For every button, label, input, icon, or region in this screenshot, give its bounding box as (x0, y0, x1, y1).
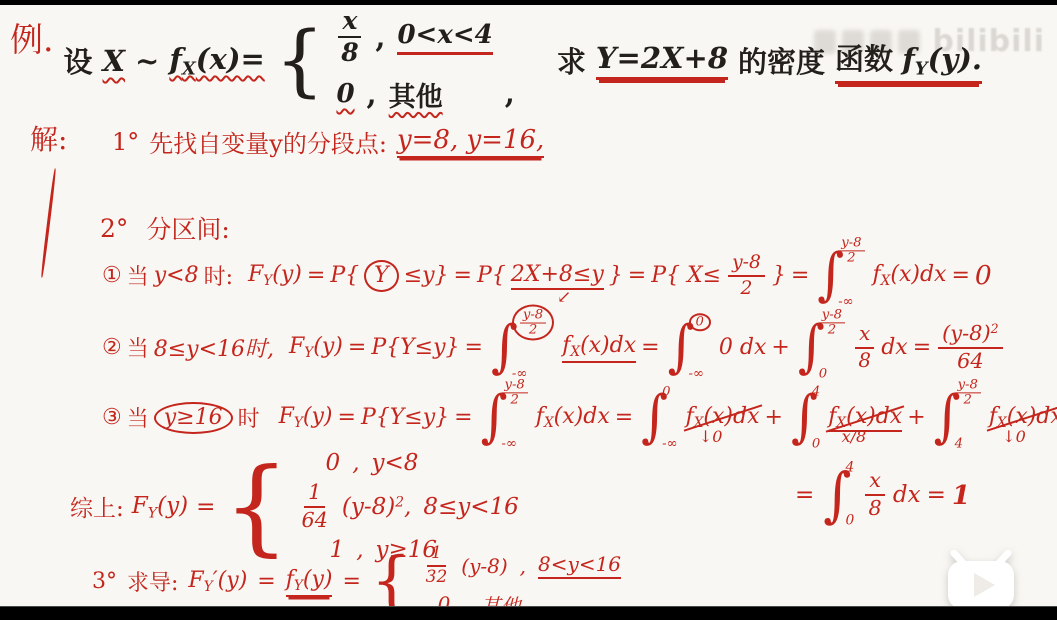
cdf-lhs: FY(y) (248, 262, 302, 289)
prob-close: } (772, 263, 786, 288)
integral: ∫ 4 0 (791, 392, 820, 444)
case-1-line: ① 当 y<8 时: FY(y) = P{ Y ≤y} = P{ 2X+8≤y … (102, 250, 992, 302)
step-2-text: 分区间: (146, 210, 229, 246)
upper-limit: 4 (845, 461, 854, 475)
integrand: fX(x)dx (873, 262, 947, 289)
case-2-line: ② 当 8≤y<16时, FY(y) = P{Y≤y} = ∫ y-8 2 ↙ … (102, 322, 1005, 374)
integrand: 0 dx (719, 335, 766, 360)
upper-limit: y-8 2 (502, 378, 528, 406)
lower-limit: -∞ (689, 367, 711, 380)
equals: = (454, 263, 472, 288)
cdf-row-1: 0 , y<8 (300, 450, 519, 476)
comma: , (375, 20, 385, 54)
problem-statement: 例. 设 X ~ fX(x)= { x 8 , 0<x<4 0 , 其他 , 求… (10, 8, 982, 114)
cdf-lhs: FY(y) (289, 334, 343, 361)
bilibili-play-icon (945, 550, 1017, 610)
prob-close: ≤y} (404, 263, 449, 288)
solve-label: 解: (30, 118, 67, 158)
case-2-condition: 8≤y<16时, (154, 332, 274, 363)
video-frame: bilibili 例. 设 X ~ fX(x)= { x 8 , 0<x<4 0… (0, 0, 1057, 620)
fraction-x-over-8: x 8 (855, 324, 874, 372)
case-1-condition: y<8 (154, 263, 199, 288)
fraction-1-over-32: 1 32 (426, 545, 448, 587)
integral: ∫ y-8 2 -∞ (481, 392, 528, 444)
annotated-integrand: fX(x)dx ↓0 (989, 404, 1057, 431)
letterbox-bottom (0, 606, 1057, 620)
integral: ∫ 4 0 (823, 468, 854, 522)
equals: = (628, 263, 646, 288)
zero-value: 0 (336, 79, 354, 109)
integrand: fX(x)dx (562, 333, 636, 363)
integrand: fX(x)dx (536, 404, 610, 431)
circled-condition: y≥16 (154, 402, 233, 434)
upper-limit: y-8 2 (955, 378, 981, 406)
step-3-number: 3° (92, 569, 117, 594)
equals: = (338, 405, 356, 430)
evaluates-to-zero-note: ↓0 (699, 427, 723, 446)
condition-0x4: 0<x<4 (397, 20, 492, 55)
step-1-text: 先找自变量y的分段点: (149, 124, 387, 159)
plus: + (907, 405, 925, 430)
annotated-integrand: fX(x)dx ↓0 (686, 404, 760, 431)
prob-event: P{Y≤y} (371, 335, 459, 360)
dx: dx (881, 335, 908, 360)
piecewise-row-2: 0 , 其他 (336, 75, 492, 114)
pdf-row-1: 1 32 (y-8) , 8<y<16 (424, 545, 621, 587)
case-3-line: ③ 当 y≥16 时 FY(y) = P{Y≤y} = ∫ y-8 2 -∞ f… (102, 392, 1057, 444)
integral: ∫ y-8 2 0 (798, 322, 845, 374)
prob-close: } (609, 263, 623, 288)
solve-brush-tail (40, 168, 56, 278)
summary-label: 综上: (70, 490, 124, 523)
prob-open: P{ (330, 263, 359, 288)
dx: dx (893, 482, 921, 508)
step-2-number: 2° (100, 214, 128, 243)
step-3-label: 求导: (127, 566, 178, 597)
fraction-y8-over-2: y-8 2 (728, 253, 765, 298)
prob-open: P{ X≤ (651, 263, 721, 288)
case-1-number: ① (102, 263, 122, 288)
integral: ∫ 0 -∞ (641, 392, 677, 444)
when-word: 当 (127, 332, 149, 363)
equals: = (641, 335, 659, 360)
open-brace: { (371, 553, 412, 611)
lower-limit: -∞ (662, 437, 677, 450)
letterbox-top (0, 0, 1057, 5)
prob-open: P{ (477, 263, 506, 288)
fraction-x-over-8: x 8 (865, 470, 885, 519)
equals: = (342, 569, 360, 594)
breakpoints: y=8, y=16, (397, 125, 544, 158)
circled-Y: Y (364, 260, 399, 292)
equals: = (791, 263, 809, 288)
piecewise-row-1: x 8 , 0<x<4 (336, 8, 492, 67)
find-word: 求 (557, 40, 586, 81)
integral: ∫ y-8 2 4 (934, 392, 981, 444)
case-2-number: ② (102, 335, 122, 360)
lower-limit: 4 (955, 437, 981, 450)
condition-otherwise: 其他 (389, 75, 443, 114)
equals: = (196, 494, 215, 520)
equals: = (307, 263, 325, 288)
case-1-result: 0 (975, 260, 992, 291)
equals: = (927, 482, 946, 508)
lower-limit: -∞ (502, 437, 528, 450)
lower-limit: 0 (845, 515, 854, 529)
case-3-number: ③ (102, 405, 122, 430)
transform-y-expression: Y=2X+8 (596, 41, 728, 80)
given-word: 设 (64, 40, 93, 81)
density-function-target: 函数 fY(y). (835, 37, 982, 84)
fraction-1-over-64: 1 64 (302, 482, 328, 531)
lower-limit: -∞ (838, 295, 864, 308)
equals: = (454, 405, 472, 430)
when-word: 当 (127, 260, 149, 291)
example-label: 例. (10, 14, 54, 61)
prob-event: P{Y≤y} (361, 405, 449, 430)
upper-limit: y-8 2 (838, 236, 864, 264)
upper-limit: 4 (812, 386, 820, 399)
random-variable-x: X (103, 44, 126, 78)
equals: = (257, 569, 275, 594)
time-word: 时: (204, 260, 233, 291)
substitute-x8-note: x/8 (842, 427, 867, 446)
cdf-lhs: FY(y) (279, 404, 333, 431)
upper-limit: y-8 2 (819, 308, 845, 336)
fraction-x-over-8: x 8 (338, 8, 361, 67)
equals: = (795, 482, 814, 508)
integral: ∫ y-8 2 ↙ -∞ (491, 322, 554, 374)
integral: ∫ y-8 2 -∞ (817, 250, 864, 302)
cdf-derivative: FY′(y) (188, 568, 247, 595)
integral: ∫ 0 -∞ (668, 322, 711, 374)
plus: + (771, 335, 789, 360)
equals: = (348, 335, 366, 360)
equals: = (951, 263, 969, 288)
cdf-row-2: 1 64 (y-8)2, 8≤y<16 (300, 482, 519, 531)
tilde: ~ (135, 44, 159, 78)
equals: = (913, 335, 931, 360)
circled-upper-limit: y-8 2 ↙ (512, 305, 554, 341)
comma: , (367, 77, 377, 111)
open-brace: { (223, 460, 289, 554)
case-2-result: (y-8)2 64 (938, 322, 1002, 373)
annotated-integrand: fX(x)dx x/8 (828, 404, 902, 431)
time-word: 时 (238, 402, 260, 433)
trailing-comma: , (505, 76, 515, 110)
plus: + (765, 405, 783, 430)
circled-zero-limit: 0 (689, 313, 711, 331)
case-3-result: 1 (952, 480, 970, 511)
step-2-line: 2° 分区间: (100, 210, 230, 246)
step-1-number: 1° (112, 128, 139, 156)
pdf-lhs: fY(y) (286, 567, 333, 597)
cdf-lhs: FY(y) (132, 493, 188, 521)
lower-limit: 0 (812, 437, 820, 450)
step-1-line: 1° 先找自变量y的分段点: y=8, y=16, (112, 124, 544, 159)
open-brace: { (275, 26, 325, 96)
piecewise-definition: x 8 , 0<x<4 0 , 其他 (336, 8, 492, 114)
upper-limit: 0 (662, 386, 677, 399)
arrow-annotation: ↙ (557, 290, 571, 307)
substituted-event: 2X+8≤y (511, 262, 604, 290)
case-3-continuation: = ∫ 4 0 x 8 dx = 1 (795, 468, 970, 522)
lower-limit: 0 (819, 367, 845, 380)
evaluates-to-zero-note: ↓0 (1002, 427, 1026, 446)
when-word: 当 (127, 402, 149, 433)
equals: = (615, 405, 633, 430)
density-words: 的密度 (738, 40, 825, 81)
equals: = (465, 335, 483, 360)
density-fx: fX(x)= (169, 42, 264, 79)
